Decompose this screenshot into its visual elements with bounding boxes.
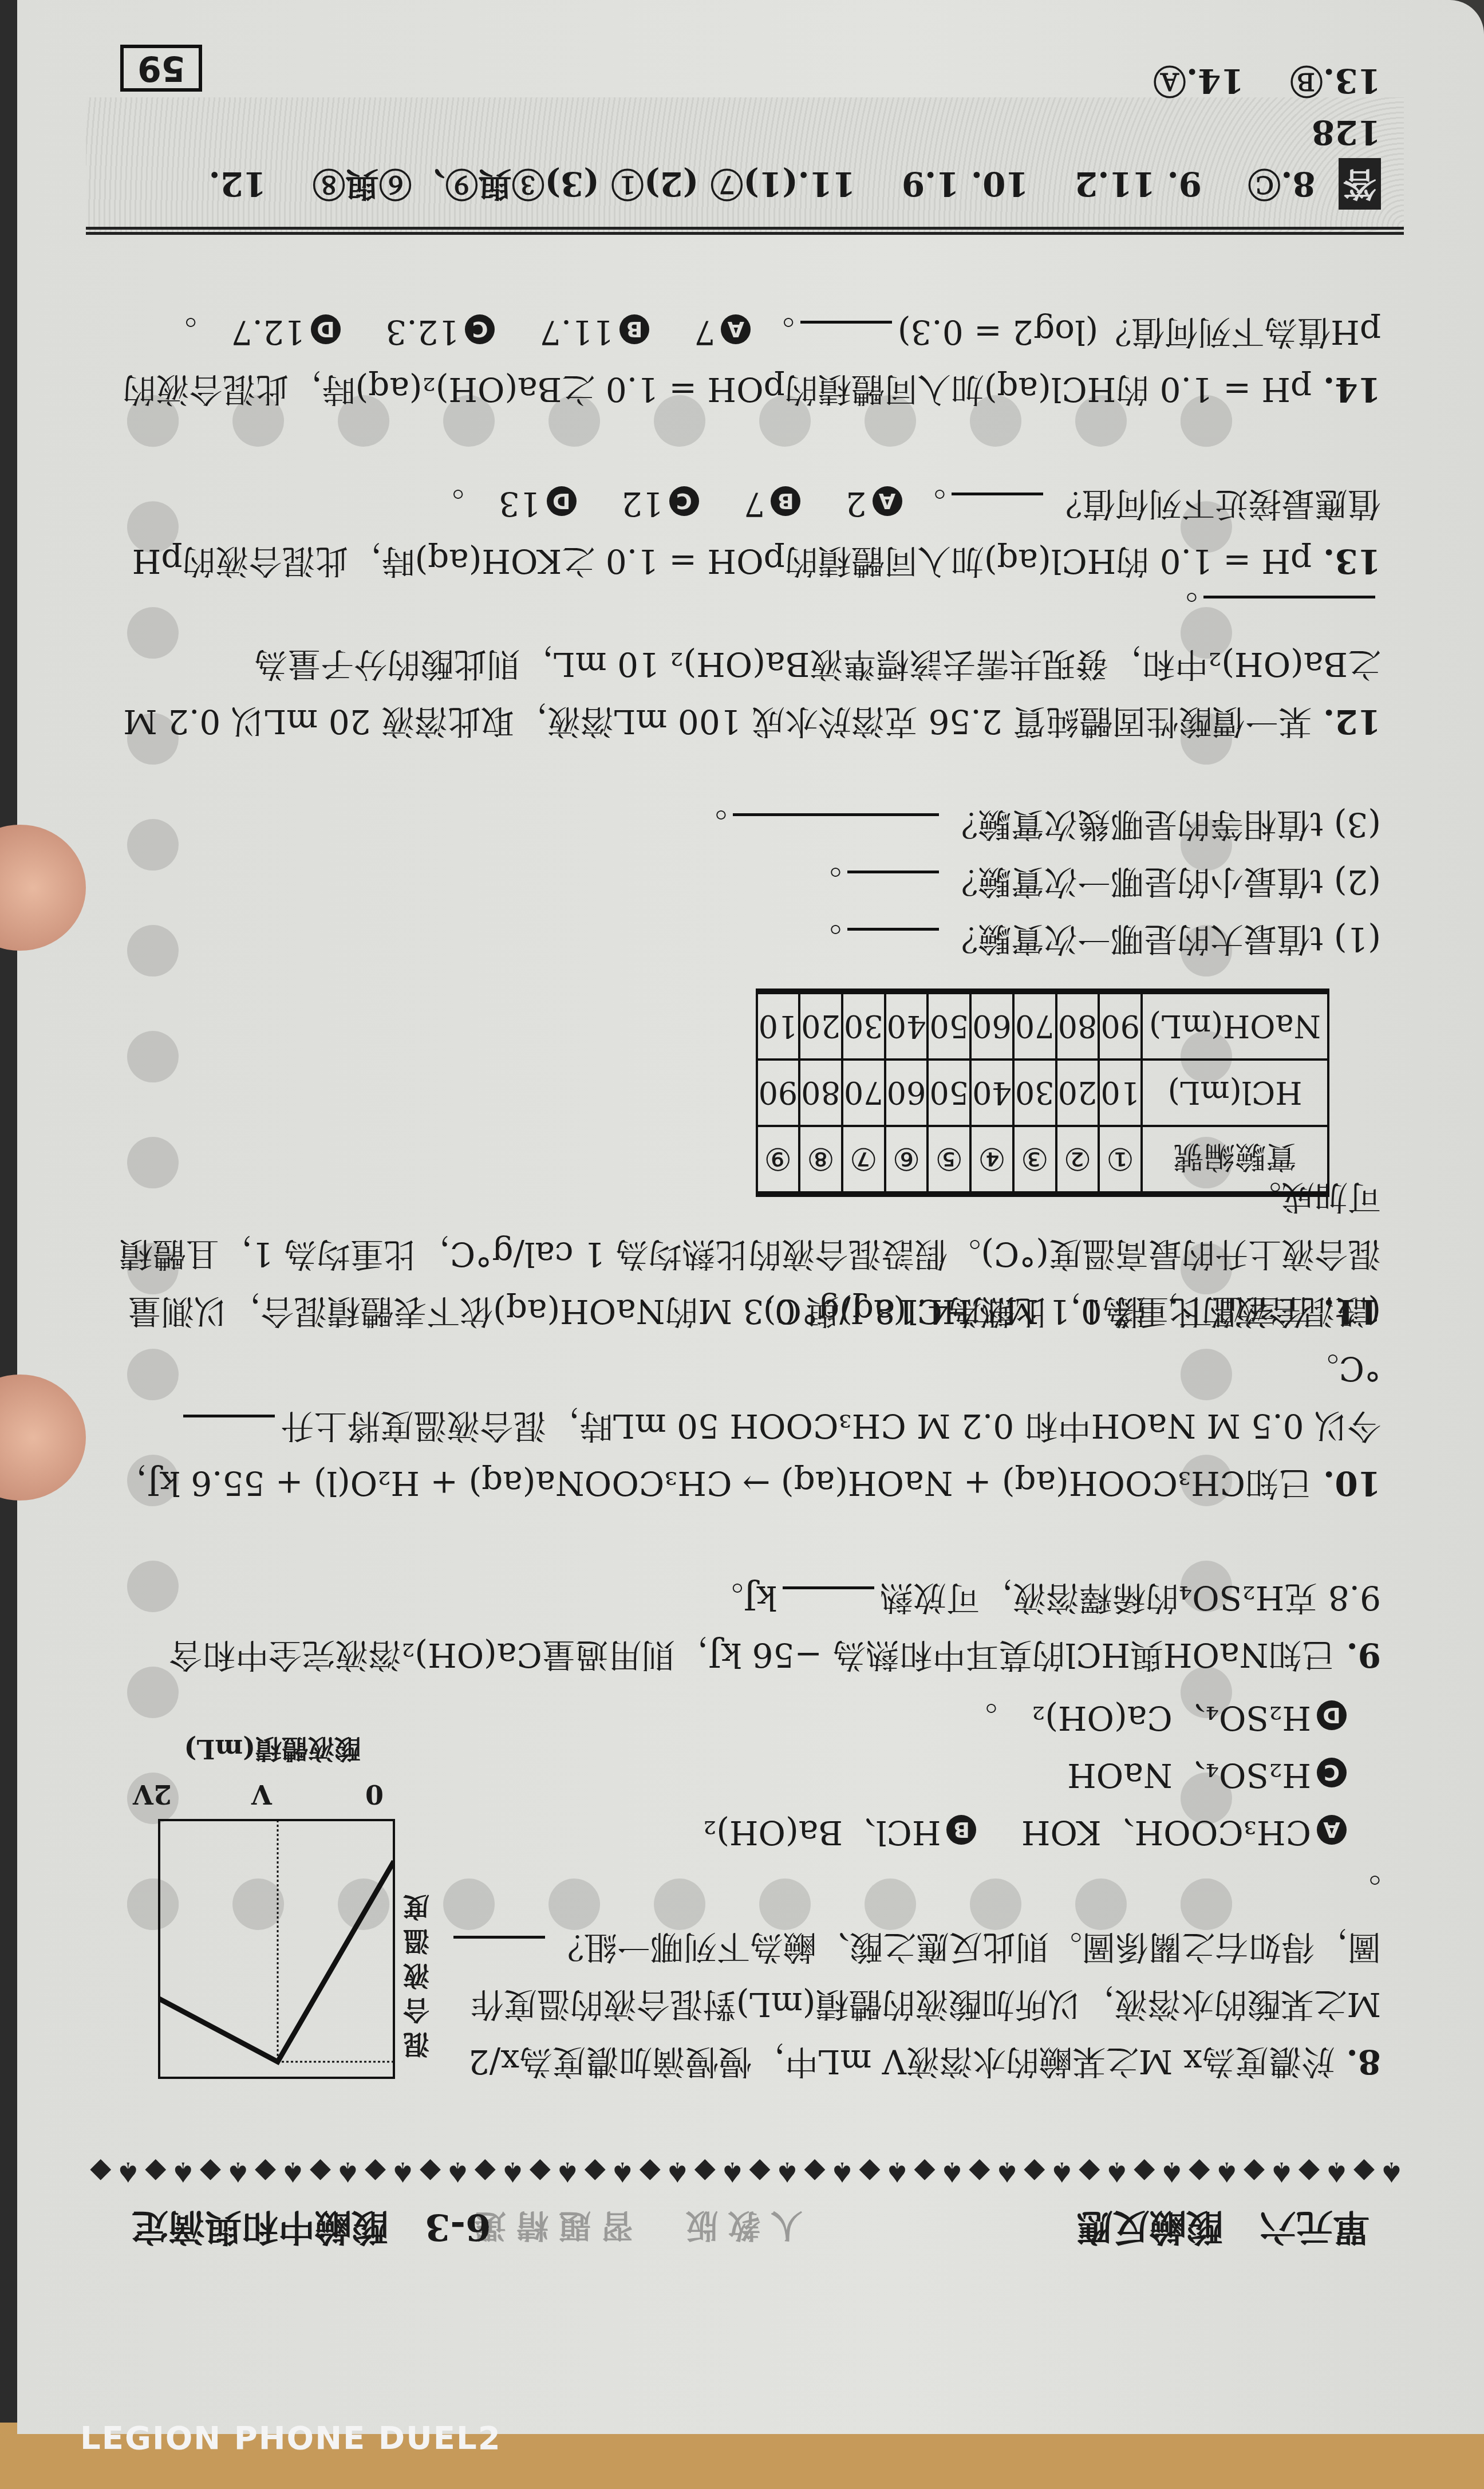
graph-plot: [155, 1815, 395, 2079]
answer-blank[interactable]: [183, 1415, 275, 1446]
unit-title: 單元六 酸鹼反應: [1076, 2204, 1369, 2256]
option-d[interactable]: DH₂SO₄、Ca(OH)₂: [1032, 1699, 1347, 1738]
question-12: 12.某一價酸性固體純質 2.56 克溶於水成 100 mL溶液，取此溶液 20…: [109, 578, 1381, 750]
question-14: 14.pH = 1.0 的HCl(aq)加入同體積的pOH = 1.0 之Ba(…: [109, 304, 1381, 418]
option-a[interactable]: A7: [694, 313, 751, 352]
temperature-graph: 混合液溫度 0 V 2V 酸液體積(mL): [132, 1712, 429, 2079]
subquestion-2: (2) t值最小的是哪一次實驗？。: [109, 853, 1381, 911]
answer-blank[interactable]: [1203, 596, 1375, 627]
subquestion-1: (1) t值最大的是哪一次實驗？。: [109, 911, 1381, 968]
option-b[interactable]: BHCl、Ba(OH)₂: [703, 1813, 976, 1852]
textbook-page: 單元六 酸鹼反應 人教版 習題精選 6-3 酸鹼中和與滴定 ♠◆♠◆♠◆♠◆♠◆…: [17, 0, 1484, 2434]
answer-blank[interactable]: [847, 928, 939, 959]
running-head: 單元六 酸鹼反應 人教版 習題精選 6-3 酸鹼中和與滴定: [86, 2205, 1404, 2256]
options: ACH₃COOH、KOH BHCl、Ba(OH)₂ CH₂SO₄、NaOH DH…: [441, 1689, 1381, 1861]
option-c[interactable]: CH₂SO₄、NaOH: [1067, 1756, 1347, 1795]
publisher-mark: 人教版 習題精選: [464, 2205, 803, 2251]
answer-blank[interactable]: [733, 813, 939, 845]
page-number: 59: [120, 45, 203, 92]
answer-blank[interactable]: [783, 1586, 874, 1618]
table-row: 實驗編號 ①②③ ④⑤⑥ ⑦⑧⑨: [757, 1126, 1328, 1194]
table-row: HCl(mL) 102030 405060 708090: [757, 1060, 1328, 1126]
option-a[interactable]: ACH₃COOH、KOH: [1021, 1813, 1347, 1852]
option-b[interactable]: B11.7: [540, 313, 649, 352]
question-9: 9.已知NaOH與HCl的莫耳中和熱為 −56 kJ，則用過量Ca(OH)₂溶液…: [109, 1569, 1381, 1684]
subquestion-3: (3) t值相等的是哪幾次實驗？。: [109, 796, 1381, 853]
option-a[interactable]: A2: [846, 485, 902, 523]
graph-x-label: 酸液體積(mL): [184, 1732, 361, 1770]
option-c[interactable]: C12.3: [385, 313, 495, 352]
table-row: NaOH(mL) 908070 605040 302010: [757, 991, 1328, 1060]
answer-blank[interactable]: [453, 1936, 545, 1967]
option-c[interactable]: C12: [621, 485, 699, 523]
answer-blank[interactable]: [800, 321, 892, 352]
question-13: 13.pH = 1.0 的HCl(aq)加入同體積的pOH = 1.0 之KOH…: [109, 475, 1381, 590]
answer-blank[interactable]: [847, 871, 939, 902]
question-11-subparts: (1) t值最大的是哪一次實驗？。 (2) t值最小的是哪一次實驗？。 (3) …: [109, 796, 1381, 968]
decorative-border: ♠◆♠◆♠◆♠◆♠◆♠◆♠◆♠◆♠◆♠◆♠◆♠◆♠◆♠◆♠◆♠◆♠◆♠◆♠◆♠◆…: [86, 2153, 1404, 2188]
option-d[interactable]: D12.7: [231, 313, 341, 352]
answer-blank[interactable]: [952, 493, 1043, 524]
question-8: 8.於濃度為x M之某鹼的水溶液V mL中，慢慢滴加濃度為x/2 M之某酸的水溶…: [441, 1689, 1381, 2090]
camera-watermark: LEGION PHONE DUEL2: [80, 2420, 502, 2457]
graph-y-label: 混合液溫度: [401, 1890, 429, 2062]
option-d[interactable]: D13: [499, 485, 577, 523]
option-b[interactable]: B7: [744, 485, 800, 523]
answer-tag: 答: [1339, 158, 1381, 210]
answer-key: 答 8.Ⓒ 9. 11.2 10. 1.9 11.(1)⑦ (2)① (3)③與…: [86, 97, 1404, 235]
experiment-table: 實驗編號 ①②③ ④⑤⑥ ⑦⑧⑨ HCl(mL) 102030 405060 7…: [756, 988, 1329, 1197]
section-title: 6-3 酸鹼中和與滴定: [132, 2204, 491, 2256]
